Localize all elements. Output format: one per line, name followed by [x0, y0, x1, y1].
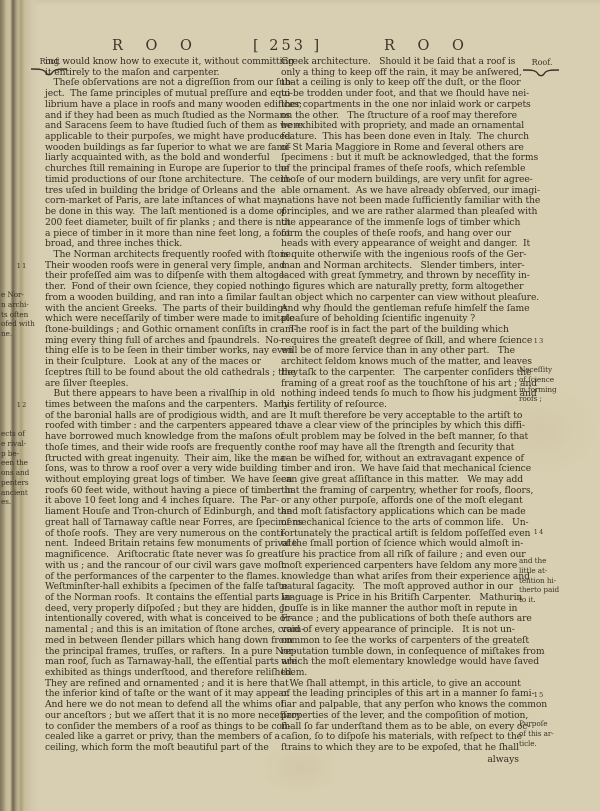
margin-note-number: 11 — [1, 262, 43, 271]
text-line: common to ſee the works of carpenters of… — [281, 636, 519, 647]
text-line: the appearance of the immenſe logs of ti… — [281, 218, 519, 229]
page-number: [ 253 ] — [253, 38, 322, 54]
catchword: always — [281, 754, 519, 765]
text-line: p be- — [1, 449, 43, 459]
text-line: which the moſt elementary knowledge woul… — [281, 657, 519, 668]
text-line: ons and — [1, 468, 43, 478]
text-line: librium have a place in roofs and many w… — [45, 100, 277, 111]
text-line: 200 feet diameter, built of fir planks ;… — [45, 218, 277, 229]
text-line: ects of — [1, 429, 43, 439]
text-line: n archi- — [1, 300, 43, 310]
text-line: thoſe times, and their wide roofs are fr… — [45, 443, 277, 454]
text-line: with us ; and the rancour of our civil w… — [45, 561, 277, 572]
text-line: and the — [519, 556, 569, 566]
running-header-left: R O O — [112, 38, 201, 54]
margin-note-text: ects ofe rival-p be-een theons andpenter… — [1, 429, 43, 507]
text-line: ofed with — [1, 319, 43, 329]
text-line: ts often — [1, 310, 43, 320]
text-line: es. — [1, 497, 43, 507]
text-line: ceiling, which form the moſt beautiful p… — [45, 743, 277, 754]
text-line: to it. — [519, 595, 569, 605]
text-line: e rival- — [1, 439, 43, 449]
text-line: ſtrains to which they are to be expoſed,… — [281, 743, 519, 754]
text-line: ticle. — [519, 739, 569, 749]
running-header: R O O [ 253 ] R O O — [0, 38, 600, 58]
text-line: ne. — [1, 329, 43, 339]
text-line: penters — [1, 478, 43, 488]
margin-note-text: e Nor-n archi-ts oftenofed withne. — [1, 290, 43, 339]
text-column-right: Greek architecture. Should it be ſaid th… — [281, 57, 519, 754]
running-header-right: R O O — [384, 38, 473, 54]
text-line: properties of the lever, and the compoſi… — [281, 711, 519, 722]
text-line: med in between ſlender pillars which han… — [45, 636, 277, 647]
margin-note-11: 11 e Nor-n archi-ts oftenofed withne. — [1, 243, 43, 349]
margin-catch-title-right-label: Roof. — [532, 58, 553, 67]
text-line: ther copartments in the one nor inlaid w… — [281, 100, 519, 111]
brace-icon — [522, 68, 560, 77]
text-line: from a wooden building, and ran into a ſ… — [45, 293, 277, 304]
margin-note-number: 12 — [1, 401, 43, 410]
text-line: our anceſtors ; but we aſſert that it is… — [45, 711, 277, 722]
text-line: the roof may have all the ſtrength and ſ… — [281, 443, 519, 454]
margin-catch-title-right: Roof. — [522, 58, 562, 77]
text-line: e Nor- — [1, 290, 43, 300]
text-column-left: ing would know how to execute it, withou… — [45, 57, 277, 754]
text-line: the taſk to the carpenter. The carpenter… — [281, 368, 519, 379]
text-line: ſceptres ſtill to be found about the old… — [45, 368, 277, 379]
text-line: an object which no carpenter can view wi… — [281, 293, 519, 304]
text-line: moſt experienced carpenters have ſeldom … — [281, 561, 519, 572]
margin-note-12: 12 ects ofe rival-p be-een theons andpen… — [1, 382, 43, 517]
text-line: therto paid — [519, 585, 569, 595]
text-line: een the — [1, 458, 43, 468]
text-line: ancient — [1, 488, 43, 498]
